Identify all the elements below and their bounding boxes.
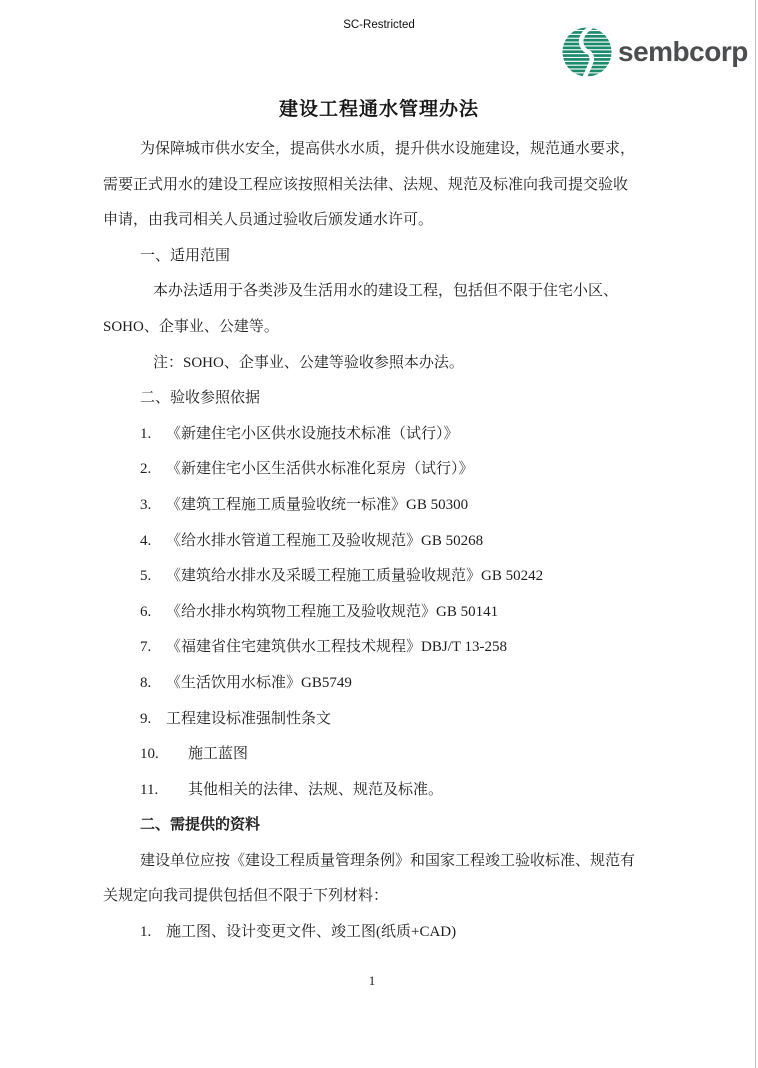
list-number: 10.: [140, 737, 188, 773]
doc-line: 6.《给水排水构筑物工程施工及验收规范》GB 50141: [103, 595, 663, 631]
line-text: 工程建设标准强制性条文: [166, 711, 331, 727]
page-edge-line: [755, 0, 756, 1068]
list-number: 1.: [140, 417, 166, 453]
doc-line: 1.施工图、设计变更文件、竣工图(纸质+CAD): [103, 915, 663, 951]
document-title: 建设工程通水管理办法: [0, 98, 758, 122]
doc-line: 3.《建筑工程施工质量验收统一标准》GB 50300: [103, 488, 663, 524]
line-text: 《福建省住宅建筑供水工程技术规程》DBJ/T 13-258: [166, 639, 507, 655]
line-text: 施工图、设计变更文件、竣工图(纸质+CAD): [166, 924, 456, 940]
doc-line: 建设单位应按《建设工程质量管理条例》和国家工程竣工验收标准、规范有: [103, 844, 663, 880]
doc-line: 9.工程建设标准强制性条文: [103, 702, 663, 738]
doc-line: 关规定向我司提供包括但不限于下列材料：: [103, 879, 663, 915]
line-text: 《生活饮用水标准》GB5749: [166, 675, 352, 691]
doc-line: 需要正式用水的建设工程应该按照相关法律、法规、规范及标准向我司提交验收: [103, 168, 663, 204]
list-number: 11.: [140, 773, 188, 809]
line-text: 《建筑给水排水及采暖工程施工质量验收规范》GB 50242: [166, 568, 543, 584]
list-number: 5.: [140, 559, 166, 595]
list-number: 4.: [140, 524, 166, 560]
doc-line: 2.《新建住宅小区生活供水标准化泵房（试行）》: [103, 452, 663, 488]
company-logo: sembcorp: [562, 27, 748, 77]
doc-line: 4.《给水排水管道工程施工及验收规范》GB 50268: [103, 524, 663, 560]
doc-line: SOHO、企事业、公建等。: [103, 310, 663, 346]
brand-wordmark: sembcorp: [618, 36, 748, 68]
doc-line: 注：SOHO、企事业、公建等验收参照本办法。: [103, 346, 663, 382]
line-text: 施工蓝图: [188, 746, 248, 762]
list-number: 6.: [140, 595, 166, 631]
doc-line: 一、适用范围: [103, 239, 663, 275]
line-text: 其他相关的法律、法规、规范及标准。: [188, 782, 443, 798]
doc-line: 11.其他相关的法律、法规、规范及标准。: [103, 773, 663, 809]
list-number: 9.: [140, 702, 166, 738]
doc-line: 二、验收参照依据: [103, 381, 663, 417]
doc-line: 8.《生活饮用水标准》GB5749: [103, 666, 663, 702]
list-number: 8.: [140, 666, 166, 702]
doc-line: 5.《建筑给水排水及采暖工程施工质量验收规范》GB 50242: [103, 559, 663, 595]
sembcorp-globe-icon: [562, 27, 612, 77]
doc-line: 二、需提供的资料: [103, 808, 663, 844]
doc-line: 10.施工蓝图: [103, 737, 663, 773]
line-text: 《给水排水构筑物工程施工及验收规范》GB 50141: [166, 604, 498, 620]
list-number: 2.: [140, 452, 166, 488]
list-number: 1.: [140, 915, 166, 951]
doc-line: 申请，由我司相关人员通过验收后颁发通水许可。: [103, 203, 663, 239]
list-number: 3.: [140, 488, 166, 524]
line-text: 《新建住宅小区生活供水标准化泵房（试行）》: [166, 461, 474, 477]
doc-line: 本办法适用于各类涉及生活用水的建设工程，包括但不限于住宅小区、: [103, 274, 663, 310]
document-body: 为保障城市供水安全，提高供水水质，提升供水设施建设，规范通水要求，需要正式用水的…: [103, 132, 663, 951]
line-text: 《给水排水管道工程施工及验收规范》GB 50268: [166, 533, 483, 549]
doc-line: 为保障城市供水安全，提高供水水质，提升供水设施建设，规范通水要求，: [103, 132, 663, 168]
list-number: 7.: [140, 630, 166, 666]
line-text: 《新建住宅小区供水设施技术标准（试行）》: [166, 426, 459, 442]
page-number: 1: [0, 972, 744, 990]
line-text: 《建筑工程施工质量验收统一标准》GB 50300: [166, 497, 468, 513]
doc-line: 1.《新建住宅小区供水设施技术标准（试行）》: [103, 417, 663, 453]
doc-line: 7.《福建省住宅建筑供水工程技术规程》DBJ/T 13-258: [103, 630, 663, 666]
